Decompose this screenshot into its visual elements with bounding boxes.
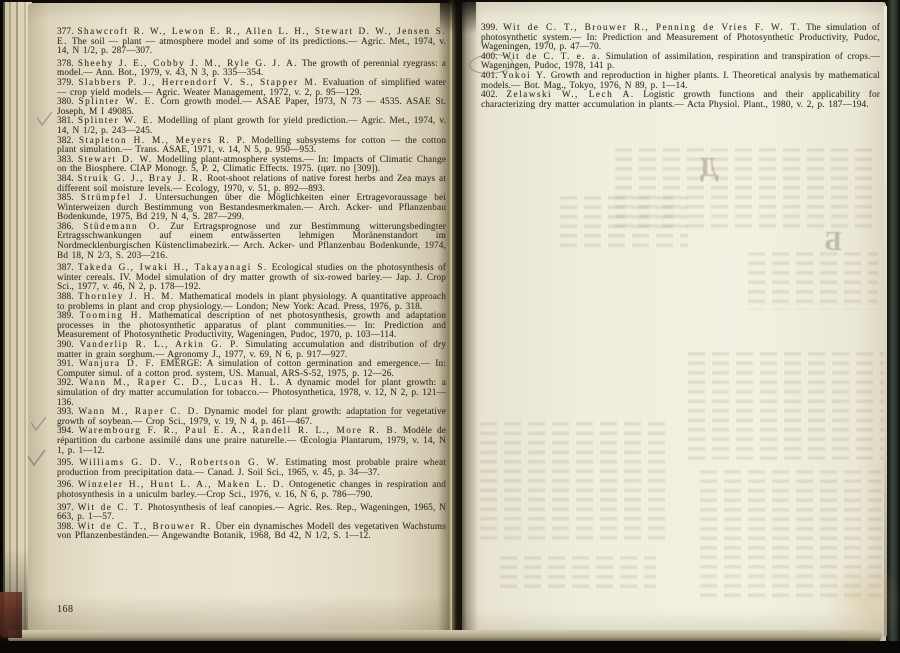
entry-number: 388. <box>57 292 78 302</box>
entry-number: 398. <box>57 522 77 532</box>
entry-authors: Stüdemann O. <box>83 222 161 232</box>
pencil-checkmark-392 <box>30 416 47 432</box>
entry-number: 394. <box>57 426 79 436</box>
bib-entry-385: 385. Strümpfel J. Untersuchungen über di… <box>57 194 446 223</box>
entry-number: 390. <box>57 340 79 350</box>
entry-authors: Yokoi Y. <box>502 71 547 81</box>
entry-authors: Wann M., Raper C. D. <box>78 407 199 417</box>
bib-entry-394: 394. Warembourg F. R., Paul E. A., Rande… <box>57 427 446 456</box>
entry-number: 397. <box>57 503 78 513</box>
bib-entry-378: 378. Sheehy J. E., Cobby J. M., Ryle G. … <box>57 60 446 79</box>
bib-entry-401: 401. Yokoi Y. Growth and reproduction in… <box>481 72 880 91</box>
entry-authors: Wit de C. T., Brouwer R., Penning de Vri… <box>503 23 801 33</box>
entry-authors: Warembourg F. R., Paul E. A., Randell R.… <box>79 426 398 436</box>
entry-authors: Stapleton H. M., Meyers R. P. <box>79 136 246 146</box>
bib-entry-402: 402. Zelawski W., Lech A. Logistic growt… <box>481 91 880 110</box>
entry-authors: Zelawski W., Lech A. <box>506 90 634 100</box>
bib-entry-390: 390. Vanderlip R. L., Arkin G. P. Simula… <box>57 341 446 360</box>
entry-number: 380. <box>57 97 79 107</box>
entry-number: 389. <box>57 311 80 321</box>
right-page-bibliography: 399. Wit de C. T., Brouwer R., Penning d… <box>481 24 880 110</box>
entry-authors: Splinter W. E. <box>78 116 154 126</box>
entry-number: 384. <box>57 174 78 184</box>
entry-number: 395. <box>57 458 79 468</box>
bib-entry-389: 389. Tooming H. Mathematical description… <box>57 312 446 341</box>
entry-authors: Stewart D. W. <box>78 155 153 165</box>
entry-authors: Shawcroft R. W., Lewon E. R., Allen L. H… <box>57 27 446 47</box>
bib-entry-395: 395. Williams G. D. V., Robertson G. W. … <box>57 459 446 478</box>
entry-number: 383. <box>57 155 78 165</box>
entry-authors: Splinter W. E. <box>79 97 156 107</box>
entry-number: 377. <box>57 27 77 37</box>
entry-authors: Tooming H. <box>80 311 143 321</box>
entry-authors: Slabbers P. J., Herrendorf V. S., Stappe… <box>78 78 318 88</box>
entry-authors: Struik G. J., Bray J. R. <box>78 174 204 184</box>
entry-authors: Wit de C. T. e. a. <box>502 52 601 62</box>
entry-number: 379. <box>57 78 78 88</box>
entry-number: 396. <box>57 480 78 490</box>
pencil-checkmark-393 <box>27 449 46 467</box>
entry-number: 387. <box>57 263 78 273</box>
bib-entry-380: 380. Splinter W. E. Corn growth model.— … <box>57 98 446 117</box>
entry-number: 386. <box>57 222 83 232</box>
right-cover-edge <box>887 0 900 653</box>
entry-authors: Wit de C. T. <box>78 503 144 513</box>
bib-entry-399: 399. Wit de C. T., Brouwer R., Penning d… <box>481 24 880 53</box>
entry-number: 391. <box>57 359 79 369</box>
entry-authors: Thornley J. H. M. <box>78 292 175 302</box>
page-number: 168 <box>57 604 74 615</box>
bib-entry-388: 388. Thornley J. H. M. Mathematical mode… <box>57 293 446 312</box>
entry-authors: Wann M., Raper C. D., Lucas H. L. <box>79 378 280 388</box>
pencil-underlined-text: adaptation for <box>346 407 402 418</box>
entry-number: 402. <box>481 90 506 100</box>
entry-number: 392. <box>57 378 79 388</box>
entry-number: 381. <box>57 116 78 126</box>
left-page-bibliography: 377. Shawcroft R. W., Lewon E. R., Allen… <box>57 28 446 542</box>
bib-entry-400: 400. Wit de C. T. e. a. Simulation of as… <box>481 53 880 72</box>
bib-entry-386: 386. Stüdemann O. Zur Ertragsprognose un… <box>57 223 446 261</box>
bib-entry-398: 398. Wit de C. T., Brouwer R. Über ein d… <box>57 523 446 542</box>
entry-authors: Takeda G., Iwaki H., Takayanagi S. <box>78 263 268 273</box>
bib-entry-381: 381. Splinter W. E. Modelling of plant g… <box>57 117 446 136</box>
bottom-cover-band <box>0 641 900 653</box>
bib-entry-392: 392. Wann M., Raper C. D., Lucas H. L. A… <box>57 379 446 408</box>
bib-entry-384: 384. Struik G. J., Bray J. R. Root-shoot… <box>57 175 446 194</box>
bib-entry-393: 393. Wann M., Raper C. D. Dynamic model … <box>57 408 446 427</box>
entry-authors: Williams G. D. V., Robertson G. W. <box>79 458 280 468</box>
bib-entry-387: 387. Takeda G., Iwaki H., Takayanagi S. … <box>57 264 446 293</box>
entry-number: 385. <box>57 193 81 203</box>
entry-authors: Strümpfel J. <box>81 193 148 203</box>
entry-number: 393. <box>57 407 78 417</box>
entry-number: 382. <box>57 136 79 146</box>
entry-number: 378. <box>57 59 78 69</box>
bib-entry-383: 383. Stewart D. W. Modelling plant-atmos… <box>57 156 446 175</box>
entry-number: 399. <box>481 23 503 33</box>
entry-authors: Winzeler H., Hunt L. A., Maken L. D. <box>78 480 285 490</box>
bib-entry-382: 382. Stapleton H. M., Meyers R. P. Model… <box>57 137 446 156</box>
entry-authors: Vanderlip R. L., Arkin G. P. <box>79 340 239 350</box>
entry-authors: Wanjura D. F. <box>79 359 155 369</box>
pencil-checkmark-380 <box>36 111 53 127</box>
entry-authors: Wit de C. T., Brouwer R. <box>77 522 211 532</box>
bib-entry-377: 377. Shawcroft R. W., Lewon E. R., Allen… <box>57 28 446 57</box>
bib-entry-397: 397. Wit de C. T. Photosynthesis of leaf… <box>57 504 446 523</box>
bib-entry-396: 396. Winzeler H., Hunt L. A., Maken L. D… <box>57 481 446 500</box>
bib-entry-379: 379. Slabbers P. J., Herrendorf V. S., S… <box>57 79 446 98</box>
bib-entry-391: 391. Wanjura D. F. EMERGE: A simulation … <box>57 360 446 379</box>
bottom-left-cover-corner <box>0 592 22 638</box>
entry-authors: Sheehy J. E., Cobby J. M., Ryle G. J. A. <box>78 59 298 69</box>
